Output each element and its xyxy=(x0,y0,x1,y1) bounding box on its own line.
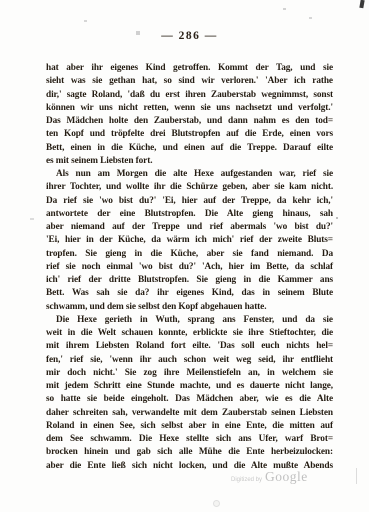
text-line-paragraph-start: Die Hexe gerieth in Wuth, sprang ans Fen… xyxy=(46,309,333,322)
scan-speck xyxy=(136,31,140,35)
text-line: rief sie noch einmal 'wo bist du?' 'Ach,… xyxy=(46,256,333,269)
text-line: ich' rief der dritte Blutstropfen. Sie g… xyxy=(46,269,333,282)
text-line: ihrer Tochter, und wollte ihr die Schürz… xyxy=(46,176,333,189)
digitized-by-label: Digitized by xyxy=(231,477,262,483)
text-line: Roland in einen See, sich selbst aber in… xyxy=(46,415,333,428)
page-number: — 286 — xyxy=(46,30,333,42)
book-page: — 286 — hat aber ihr eigenes Kind getrof… xyxy=(0,0,369,512)
text-line: dem See schwamm. Die Hexe stellte sich a… xyxy=(46,428,333,441)
text-line: tropfen. Sie gieng in die Küche, aber si… xyxy=(46,243,333,256)
scan-speck xyxy=(283,8,286,10)
scan-speck xyxy=(309,17,312,19)
text-line: daher schreiten sah, verwandelte mit dem… xyxy=(46,402,333,415)
scan-speck xyxy=(336,217,338,219)
text-line: Das Mädchen holte den Zauberstab, und da… xyxy=(46,110,333,123)
scan-artifact-edge-line xyxy=(356,468,357,484)
text-line-paragraph-start: Als nun am Morgen die alte Hexe aufgesta… xyxy=(46,163,333,176)
text-line: dir,' sagte Roland, 'daß du erst ihren Z… xyxy=(46,84,333,97)
text-line: aber die Ente ließ sich nicht locken, un… xyxy=(46,455,333,468)
text-line: hat aber ihr eigenes Kind getroffen. Kom… xyxy=(46,57,333,70)
text-line: aber niemand auf der Treppe und rief abe… xyxy=(46,216,333,229)
text-line: 'Ei, hier in der Küche, da wärm ich mich… xyxy=(46,229,333,242)
text-line: so hatte sie beide eingeholt. Das Mädche… xyxy=(46,388,333,401)
scan-artifact-corner-mark xyxy=(359,0,364,8)
text-line: Da rief sie 'wo bist du?' 'Ei, hier auf … xyxy=(46,190,333,203)
text-line: antwortete der eine Blutstropfen. Die Al… xyxy=(46,203,333,216)
text-line: Bett. Was sah sie da? ihr eigenes Kind, … xyxy=(46,282,333,295)
text-line: mit jedem Schritt eine Stunde machte, un… xyxy=(46,375,333,388)
text-line: ten Kopf und tröpfelte drei Blutstropfen… xyxy=(46,123,333,136)
text-line: mit ihrem Liebsten Roland fort eilte. 'D… xyxy=(46,335,333,348)
text-line: können wir uns nicht retten, wenn sie un… xyxy=(46,97,333,110)
google-logo: Google xyxy=(265,469,308,485)
scan-speck xyxy=(84,20,87,22)
text-line: weit in die Welt schauen konnte, erblick… xyxy=(46,322,333,335)
text-line: Bett, einen in die Küche, und einen auf … xyxy=(46,137,333,150)
text-block: hat aber ihr eigenes Kind getroffen. Kom… xyxy=(46,57,333,468)
scan-speck xyxy=(30,218,34,220)
text-line: mir doch nicht.' Sie zog ihre Meilenstie… xyxy=(46,362,333,375)
text-line: fen,' rief sie, 'wenn ihr auch schon wei… xyxy=(46,349,333,362)
google-watermark: Digitized by Google xyxy=(231,469,308,485)
scan-speck xyxy=(213,500,220,507)
text-line: sieht was sie gethan hat, so sind wir ve… xyxy=(46,70,333,83)
text-line: brocken hinein und gab sich alle Mühe di… xyxy=(46,441,333,454)
